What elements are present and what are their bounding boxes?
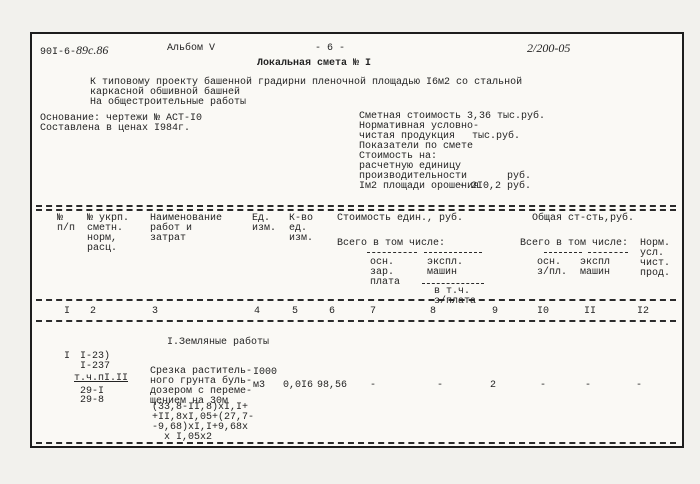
col-header-norm-net-prod: Норм. усл. чист. прод.	[640, 239, 670, 279]
unit-cost-subheader: Всего в том числе:	[337, 239, 445, 249]
column-number-11: II	[584, 306, 596, 317]
doc-number-handwritten: 89с.86	[76, 43, 108, 57]
col-header-unit: Ед. изм.	[252, 214, 276, 234]
estimate-title: Локальная смета № I	[257, 59, 371, 69]
col-header-total-basic-wage: осн. з/пл.	[537, 258, 567, 278]
page-bottom-rule	[36, 442, 676, 444]
total-cost-value: 2	[490, 381, 496, 391]
ref-item: 29-8	[80, 396, 104, 406]
header-bottom-rule	[36, 299, 676, 301]
col-group-unit-cost: Стоимость един., руб.	[337, 214, 463, 224]
col-header-unit-cost-basic-wage: осн. зар. плата	[370, 258, 400, 288]
col-header-total-machines: экспл машин	[580, 258, 610, 278]
col-group-total-cost: Общая ст-сть,руб.	[532, 214, 634, 224]
page-number: - 6 -	[315, 44, 345, 54]
column-number-1: I	[64, 306, 70, 317]
row-num: I	[64, 352, 70, 362]
unit-cost-basic-wage-value: -	[370, 381, 376, 391]
quantity-formula: (33,8-II,8)хI,I+ +II,8хI,05+(27,7- -9,68…	[152, 403, 254, 443]
column-number-5: 5	[292, 306, 298, 317]
column-number-10: I0	[537, 306, 549, 317]
summary-value: - 2I0,2 руб.	[459, 182, 531, 192]
total-cost-subheader: Всего в том числе:	[520, 239, 628, 249]
col-header-norm-ref: № укрп. сметн. норм, расц.	[87, 214, 129, 254]
unit-qty: I000	[253, 368, 277, 378]
unit-label: м3	[253, 381, 265, 391]
ref-item: т.ч.пI.II	[74, 374, 128, 384]
col-header-num: № п/п	[57, 214, 75, 234]
column-number-12: I2	[637, 306, 649, 317]
doc-number-typed: 90I-6-	[40, 47, 76, 58]
col-header-work-name: Наименование работ и затрат	[150, 214, 222, 244]
subject-line-3: На общестроительные работы	[90, 98, 246, 108]
summary-line: Iм2 площади орошения- 2I0,2 руб.	[359, 182, 679, 192]
handwritten-code: 2/200-05	[527, 42, 570, 54]
column-number-3: 3	[152, 306, 158, 317]
col-header-incl-wage: в т.ч. з/плата	[434, 287, 476, 307]
total-machines-value: -	[585, 381, 591, 391]
table-top-rule-2	[36, 209, 676, 211]
column-number-9: 9	[492, 306, 498, 317]
dashed-underline	[544, 252, 582, 253]
summary-value: тыс.руб.	[472, 132, 520, 142]
dashed-underline	[588, 252, 628, 253]
ref-item: I-237	[80, 362, 110, 372]
numbers-bottom-rule	[36, 320, 676, 322]
unit-cost-total-value: 98,56	[317, 381, 347, 391]
column-number-8: 8	[430, 306, 436, 317]
norm-net-prod-value: -	[636, 381, 642, 391]
dashed-underline	[422, 283, 484, 284]
col-header-unit-cost-machines: экспл. машин	[427, 258, 463, 278]
section-title: I.Земляные работы	[167, 338, 269, 348]
column-number-6: 6	[329, 306, 335, 317]
dashed-underline	[367, 252, 417, 253]
qty-value: 0,0I6	[283, 381, 313, 391]
album-label: Альбом V	[167, 44, 215, 54]
unit-cost-machines-value: -	[437, 381, 443, 391]
column-number-4: 4	[254, 306, 260, 317]
summary-block: Сметная стоимость3,36 тыс.руб. Нормативн…	[359, 112, 679, 192]
basis-line-2: Составлена в ценах I984г.	[40, 124, 190, 134]
column-number-2: 2	[90, 306, 96, 317]
total-basic-wage-value: -	[540, 381, 546, 391]
col-header-qty: К-во ед. изм.	[289, 214, 313, 244]
document-page: 90I-6-89с.86 Альбом V - 6 - 2/200-05 Лок…	[30, 32, 684, 448]
column-number-7: 7	[370, 306, 376, 317]
dashed-underline	[424, 252, 482, 253]
work-description: Срезка раститель- ного грунта буль- дозе…	[150, 367, 252, 407]
doc-number: 90I-6-89с.86	[40, 44, 108, 58]
table-top-rule	[36, 205, 676, 207]
